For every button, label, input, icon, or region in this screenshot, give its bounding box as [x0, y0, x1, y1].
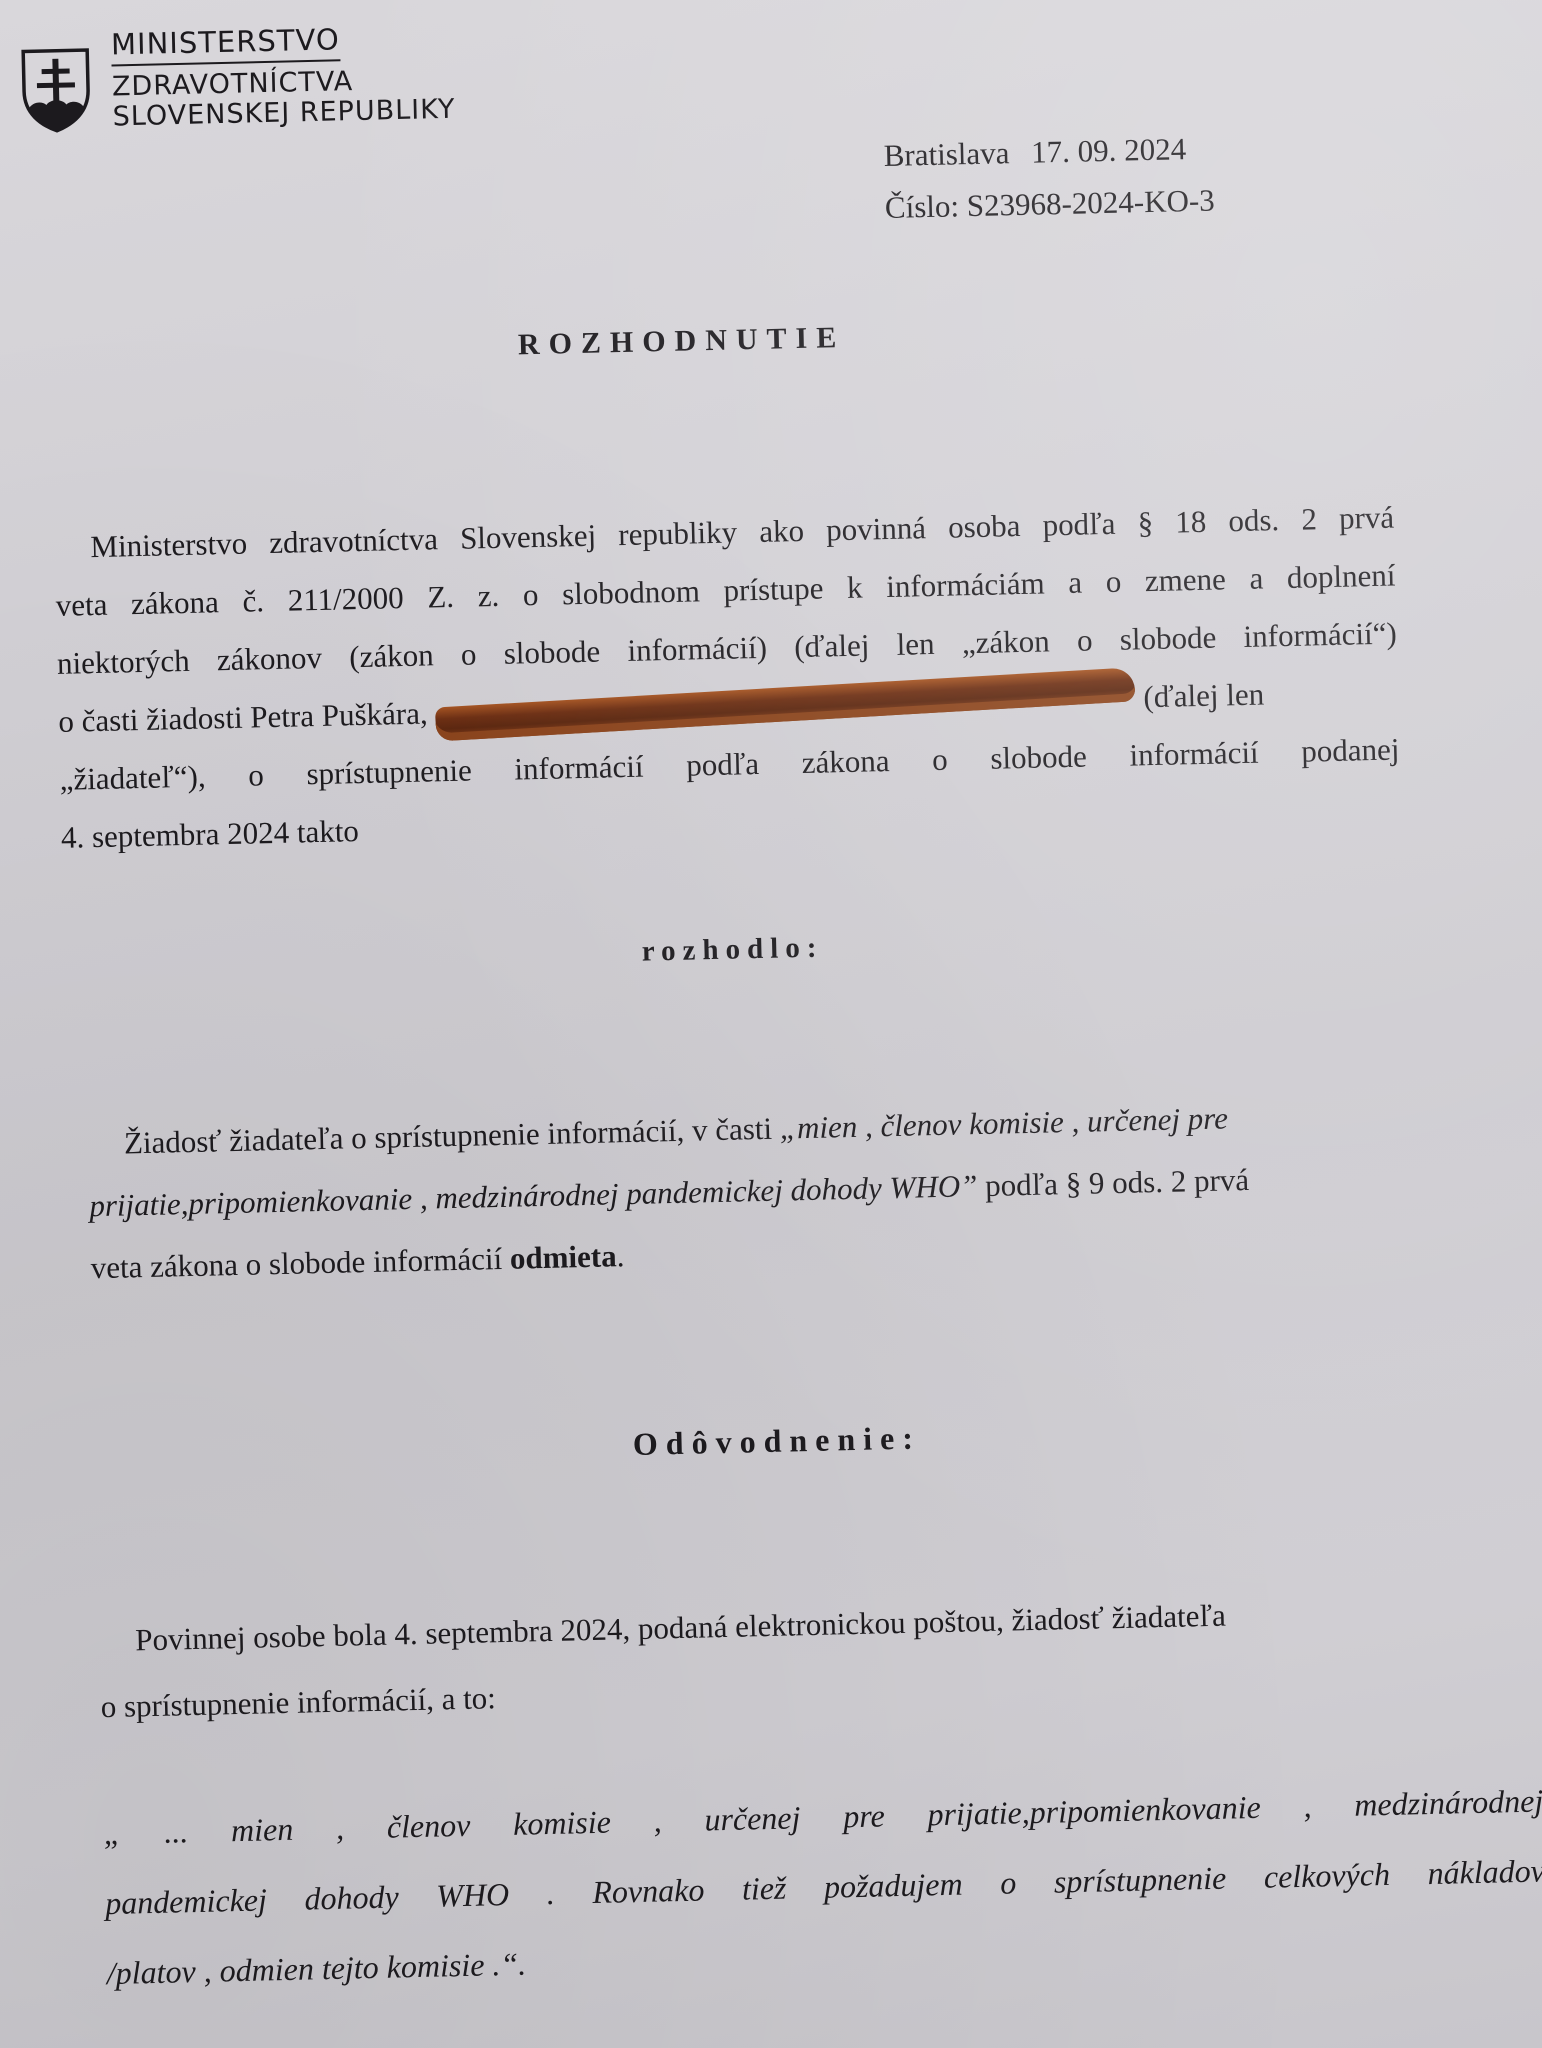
decision-quoted-scope-cont: prijatie,pripomienkovanie , medzinárodne…: [89, 1168, 978, 1223]
document-sheet: MINISTERSTVO ZDRAVOTNÍCTVA SLOVENSKEJ RE…: [0, 0, 1542, 2047]
intro-line-4-end: (ďalej len: [1143, 677, 1264, 715]
decision-paragraph: Žiadosť žiadateľa o sprístupnenie inform…: [87, 1082, 1471, 1299]
decision-verdict: odmieta: [509, 1238, 617, 1275]
ministry-line-1: MINISTERSTVO: [111, 22, 341, 66]
document-title: ROZHODNUTIE: [518, 321, 846, 362]
justification-heading: Odôvodnenie:: [633, 1419, 922, 1463]
request-quote: „ ... mien , členov komisie , určenej pr…: [103, 1765, 1542, 2008]
place-and-date: Bratislava 17. 09. 2024: [883, 123, 1214, 182]
document-meta: Bratislava 17. 09. 2024 Číslo: S23968-20…: [883, 123, 1215, 234]
intro-paragraph: Ministerstvo zdravotníctva Slovenskej re…: [54, 489, 1402, 867]
slovak-coat-of-arms-icon: [19, 46, 93, 134]
applicant-name: o časti žiadosti Petra Puškára,: [58, 695, 428, 738]
decision-line-1-start: Žiadosť žiadateľa o sprístupnenie inform…: [124, 1111, 781, 1161]
ministry-name: MINISTERSTVO ZDRAVOTNÍCTVA SLOVENSKEJ RE…: [111, 20, 456, 133]
date: 17. 09. 2024: [1031, 131, 1187, 170]
decision-legal-basis: podľa § 9 ods. 2 prvá: [977, 1162, 1249, 1203]
reference-number: S23968-2024-KO-3: [966, 182, 1215, 223]
city: Bratislava: [883, 135, 1009, 173]
decision-heading: rozhodlo:: [641, 932, 823, 969]
document-photo: MINISTERSTVO ZDRAVOTNÍCTVA SLOVENSKEJ RE…: [0, 0, 1542, 2048]
decision-line-3-start: veta zákona o slobode informácií: [90, 1241, 510, 1286]
reference-label: Číslo:: [885, 188, 960, 225]
decision-quoted-scope: „mien , členov komisie , určenej pre: [779, 1100, 1228, 1145]
justification-paragraph: Povinnej osobe bola 4. septembra 2024, p…: [99, 1576, 1522, 1740]
ministry-line-3: SLOVENSKEJ REPUBLIKY: [112, 95, 455, 133]
decision-period: .: [616, 1238, 625, 1273]
reference: Číslo: S23968-2024-KO-3: [884, 174, 1215, 233]
